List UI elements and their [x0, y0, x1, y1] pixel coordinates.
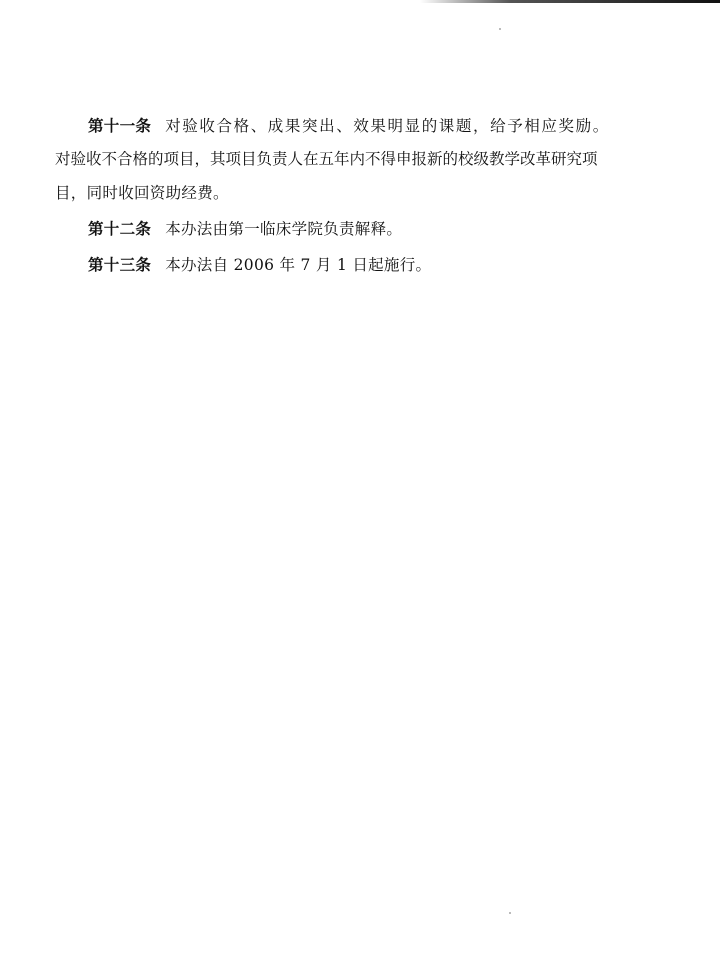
article-text: 目，同时收回资助经费。: [55, 184, 229, 202]
article-heading: 第十一条: [88, 117, 151, 135]
article-13-line-1: 第十三条本办法自 2006 年 7 月 1 日起施行。: [88, 253, 431, 275]
article-text: 对验收不合格的项目，其项目负责人在五年内不得申报新的校级教学改革研究项: [55, 150, 598, 168]
scan-speck: [509, 912, 511, 914]
article-11-line-1: 第十一条对验收合格、成果突出、效果明显的课题，给予相应奖励。: [88, 114, 610, 136]
article-text: 对验收合格、成果突出、效果明显的课题，给予相应奖励。: [165, 117, 610, 135]
article-12-line-1: 第十二条本办法由第一临床学院负责解释。: [88, 217, 402, 239]
article-11-line-2: 对验收不合格的项目，其项目负责人在五年内不得申报新的校级教学改革研究项: [55, 147, 598, 169]
article-11-line-3: 目，同时收回资助经费。: [55, 181, 229, 203]
scan-top-edge: [420, 0, 720, 3]
article-text: 本办法自 2006 年 7 月 1 日起施行。: [165, 256, 431, 274]
article-text: 本办法由第一临床学院负责解释。: [165, 220, 402, 238]
scan-speck: [499, 28, 501, 30]
article-heading: 第十二条: [88, 220, 151, 238]
article-heading: 第十三条: [88, 256, 151, 274]
